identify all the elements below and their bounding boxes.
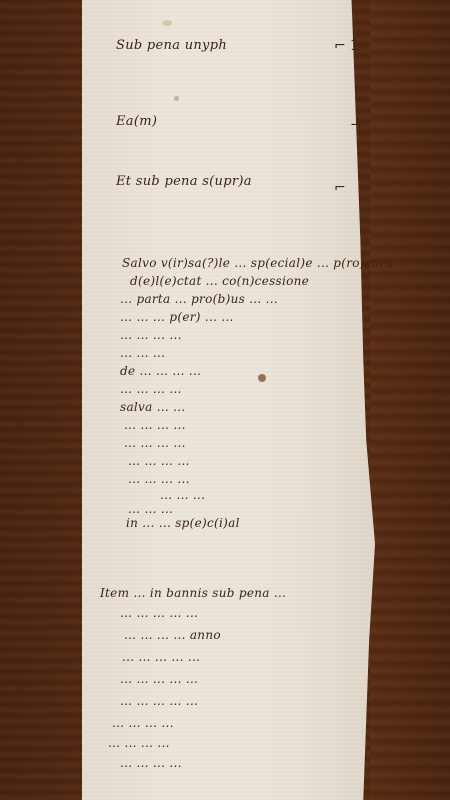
paragraph-2-line: ... ... ... ... ... bbox=[120, 672, 198, 686]
paragraph-2-line: ... ... ... ... bbox=[108, 736, 170, 750]
paragraph-1-line: in ... ... sp(e)c(i)al bbox=[126, 516, 240, 530]
paragraph-1-line: ... ... ... ... bbox=[120, 382, 182, 396]
paragraph-2-line: ... ... ... ... ... bbox=[122, 650, 200, 664]
paragraph-2-line: ... ... ... ... ... bbox=[120, 694, 198, 708]
paragraph-2-line: ... ... ... ... bbox=[120, 756, 182, 770]
paragraph-1-line: ... ... ... ... bbox=[128, 472, 190, 486]
paragraph-1-line: ... ... ... p(er) ... ... bbox=[120, 310, 234, 324]
header-line-1: Sub pena unyph bbox=[116, 38, 227, 53]
header-line-3: Et sub pena s(upr)a bbox=[116, 174, 252, 189]
paragraph-1-line: ... ... ... bbox=[160, 488, 205, 502]
wood-surface-right bbox=[370, 0, 450, 800]
paragraph-1-line: salva ... ... bbox=[120, 400, 186, 414]
paragraph-2-line: ... ... ... ... bbox=[112, 716, 174, 730]
paragraph-1-line: ... ... ... bbox=[120, 346, 165, 360]
paragraph-1-line: Salvo v(ir)sa(?)le ... sp(ecial)e ... p(… bbox=[122, 256, 393, 270]
paragraph-1-line: de ... ... ... ... bbox=[120, 364, 201, 378]
margin-mark-3: ⌐ bbox=[334, 180, 346, 196]
paragraph-2-line: Item ... in bannis sub pena ... bbox=[100, 586, 286, 600]
header-line-2: Ea(m) bbox=[116, 114, 157, 129]
ink-blot bbox=[258, 374, 266, 382]
paragraph-1-line: ... parta ... pro(b)us ... ... bbox=[120, 292, 278, 306]
paper-stain bbox=[174, 96, 179, 101]
margin-mark-1: ⌐ 1 bbox=[334, 38, 359, 54]
paragraph-1-line: ... ... ... ... bbox=[124, 436, 186, 450]
paragraph-1-line: ... ... ... ... bbox=[128, 454, 190, 468]
paragraph-2-line: ... ... ... ... anno bbox=[124, 628, 221, 642]
paper-stain bbox=[162, 20, 172, 26]
margin-mark-2: ¬ bbox=[350, 118, 362, 134]
paragraph-1-line: ... ... ... ... bbox=[120, 328, 182, 342]
paragraph-1-line: ... ... ... ... bbox=[124, 418, 186, 432]
paragraph-1-line: ... ... ... bbox=[128, 502, 173, 516]
paragraph-1-line: d(e)l(e)ctat ... co(n)cessione bbox=[130, 274, 309, 288]
paragraph-2-line: ... ... ... ... ... bbox=[120, 606, 198, 620]
